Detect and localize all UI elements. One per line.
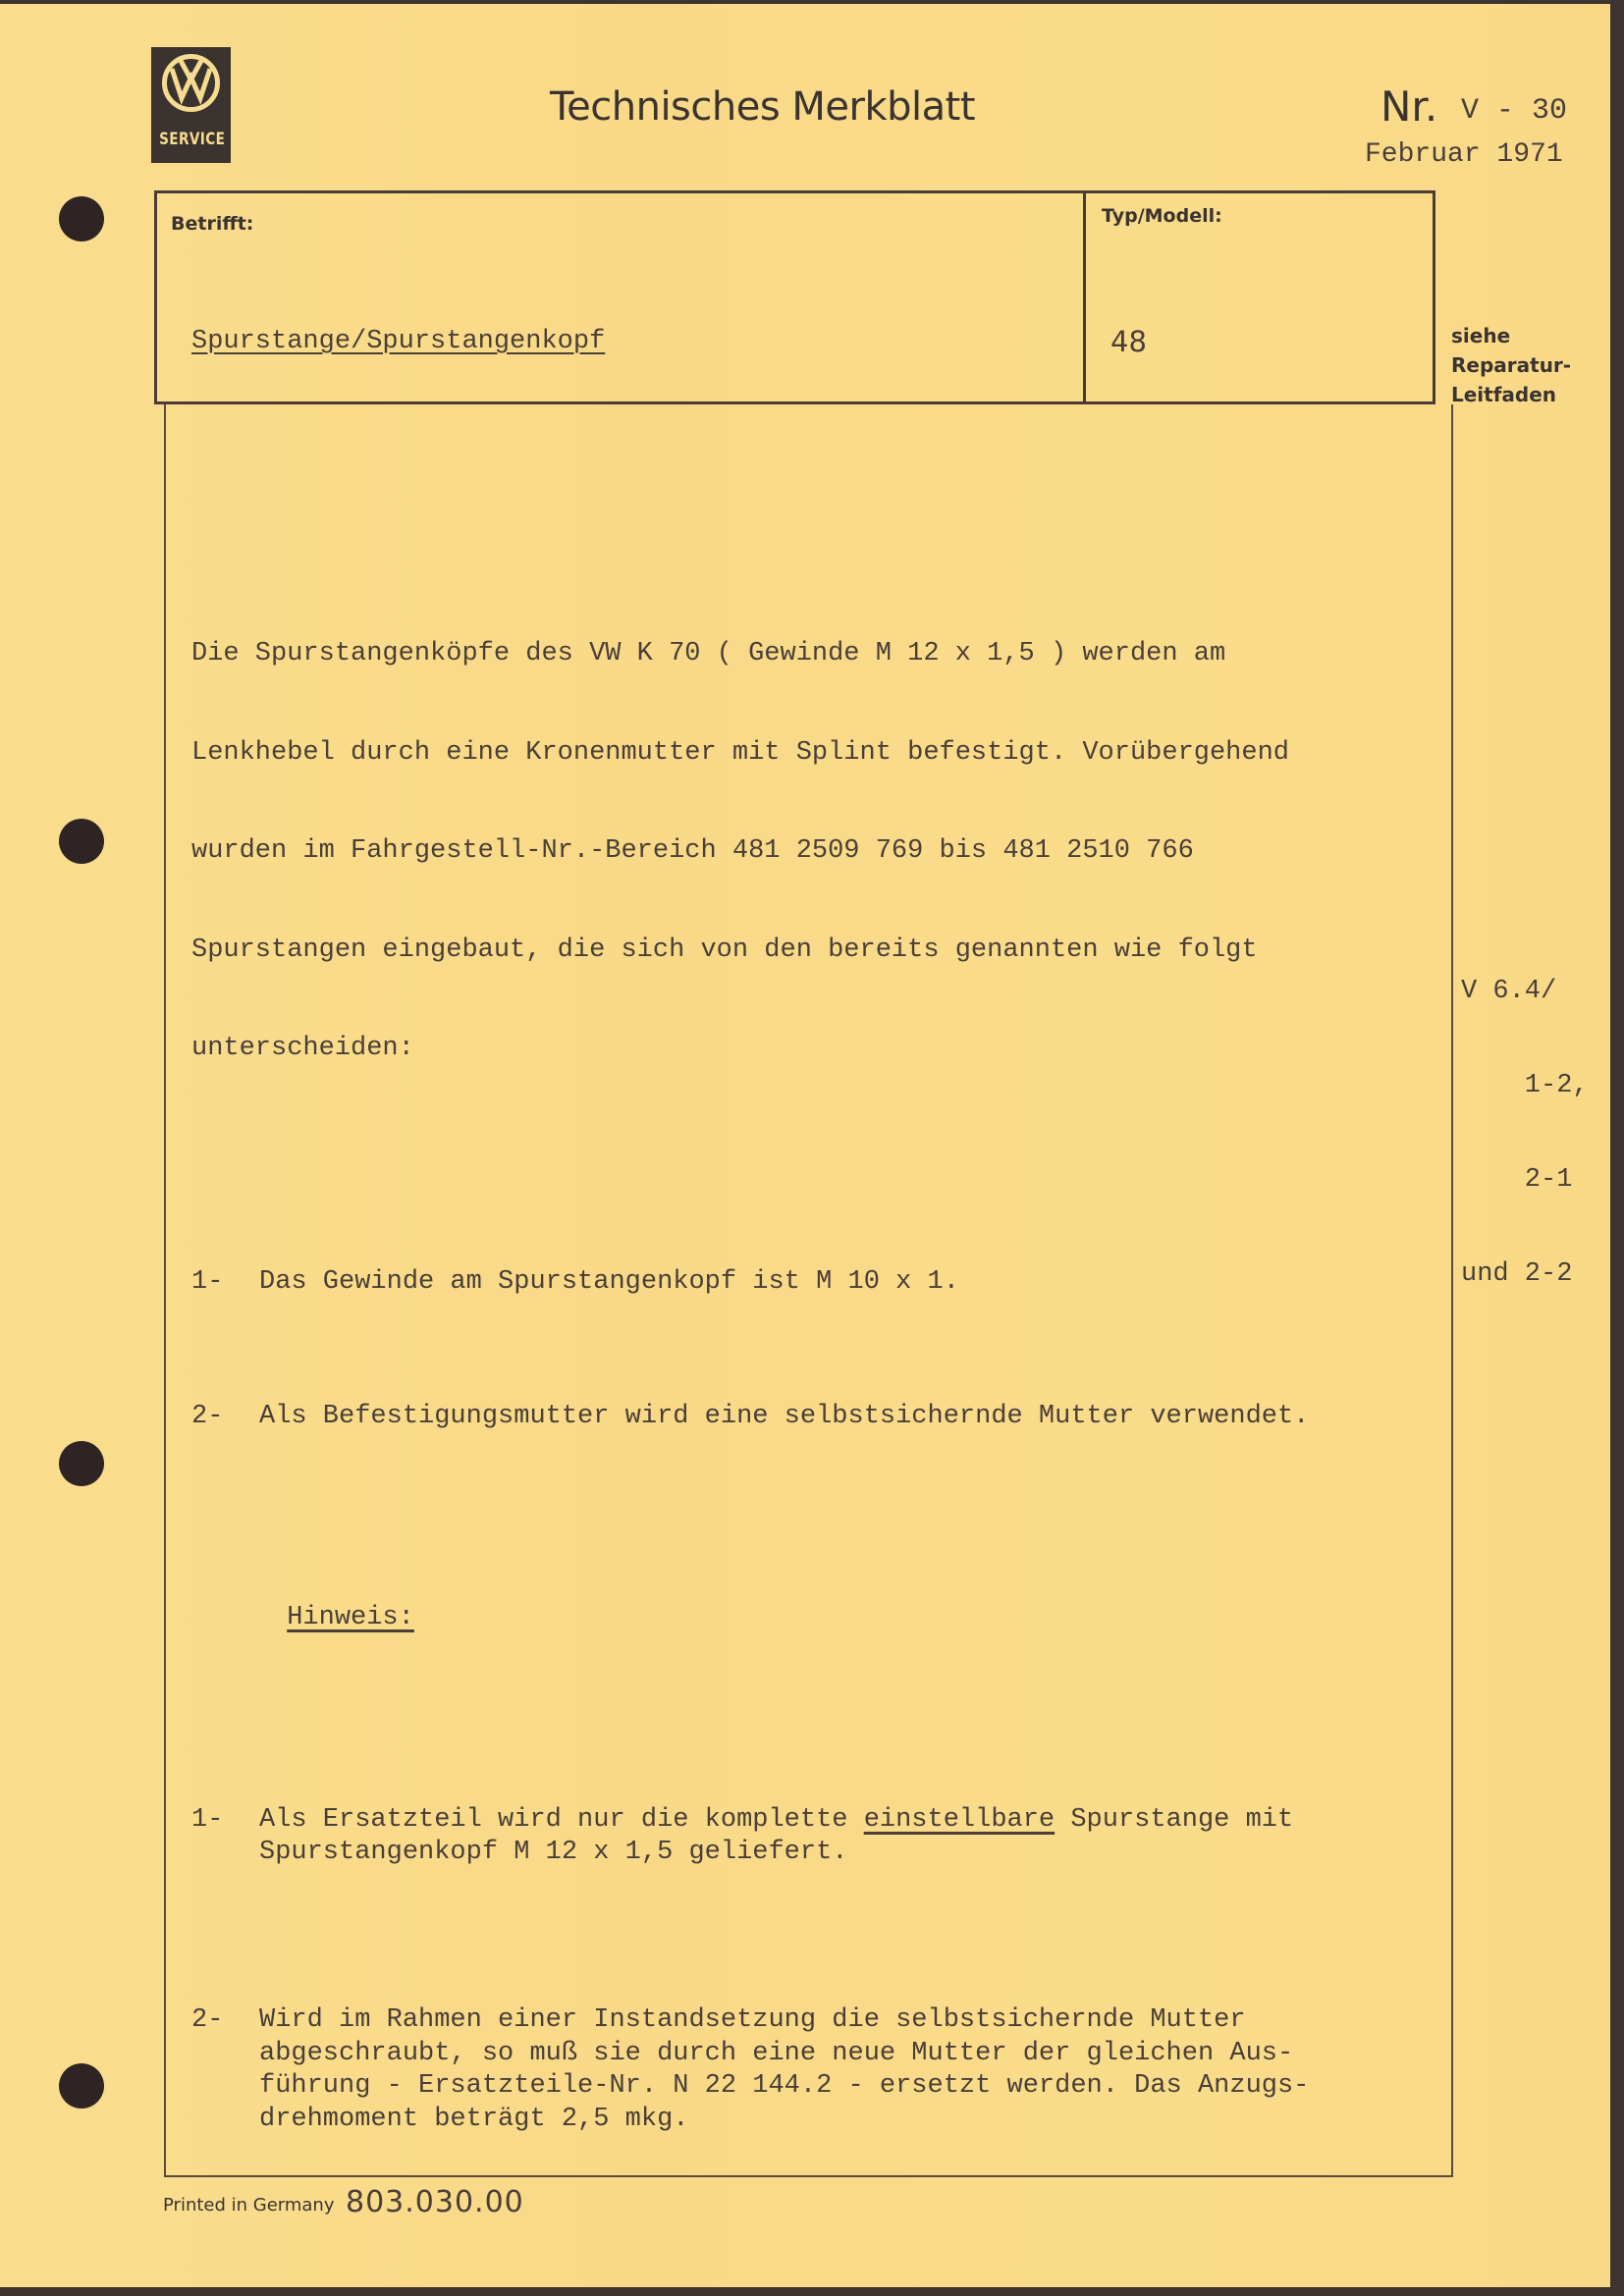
text-line: unterscheiden: — [191, 1033, 1419, 1066]
vw-emblem-icon — [161, 53, 221, 113]
item-text: Als Ersatzteil wird nur die komplette ei… — [259, 1804, 1293, 1870]
reference-line: V 6.4/ — [1461, 976, 1589, 1007]
vw-service-logo: SERVICE — [151, 47, 231, 163]
manual-reference: V 6.4/ 1-2, 2-1 und 2-2 — [1461, 913, 1589, 1353]
reference-line: 1-2, — [1461, 1070, 1589, 1101]
number-value: V - 30 — [1461, 94, 1567, 128]
item-number: 1- — [191, 1804, 259, 1870]
printed-in-label: Printed in Germany — [163, 2195, 335, 2216]
note-heading-row: Hinweis: — [191, 1570, 1419, 1669]
subject-label: Betrifft: — [171, 213, 253, 235]
side-note-line: siehe — [1451, 321, 1571, 350]
box-divider — [1083, 190, 1086, 404]
text-line: wurden im Fahrgestell-Nr.-Bereich 481 25… — [191, 835, 1419, 869]
text-line: Spurstangen eingebaut, die sich von den … — [191, 934, 1419, 968]
form-code: 803.030.00 — [346, 2185, 524, 2219]
note-item: 2- Wird im Rahmen einer Instandsetzung d… — [191, 2004, 1419, 2136]
body-text: Die Spurstangenköpfe des VW K 70 ( Gewin… — [191, 507, 1419, 2202]
subject-value: Spurstange/Spurstangenkopf — [191, 327, 605, 356]
item-text: Das Gewinde am Spurstangenkopf ist M 10 … — [259, 1266, 959, 1300]
model-label: Typ/Modell: — [1102, 205, 1222, 227]
document-page: SERVICE Technisches Merkblatt Nr. V - 30… — [0, 4, 1610, 2287]
item-text: Als Befestigungsmutter wird eine selbsts… — [259, 1401, 1309, 1434]
issue-date: Februar 1971 — [1365, 139, 1563, 170]
difference-item: 2- Als Befestigungsmutter wird eine selb… — [191, 1401, 1419, 1434]
number-label: Nr. — [1380, 82, 1437, 131]
punch-hole — [59, 2063, 104, 2109]
item-number: 2- — [191, 2004, 259, 2136]
reference-line: 2-1 — [1461, 1164, 1589, 1196]
document-title: Technisches Merkblatt — [550, 84, 975, 130]
emphasized-word: einstellbare — [864, 1805, 1055, 1835]
item-text: Wird im Rahmen einer Instandsetzung die … — [259, 2004, 1309, 2136]
punch-hole — [59, 1441, 104, 1486]
intro-paragraph: Die Spurstangenköpfe des VW K 70 ( Gewin… — [191, 572, 1419, 1132]
reference-line: und 2-2 — [1461, 1258, 1589, 1290]
side-note-line: Leitfaden — [1451, 380, 1571, 409]
punch-hole — [59, 196, 104, 241]
item-number: 2- — [191, 1401, 259, 1434]
note-item: 1- Als Ersatzteil wird nur die komplette… — [191, 1804, 1419, 1870]
punch-hole — [59, 819, 104, 864]
difference-item: 1- Das Gewinde am Spurstangenkopf ist M … — [191, 1266, 1419, 1300]
text-line: Lenkhebel durch eine Kronenmutter mit Sp… — [191, 737, 1419, 771]
model-value: 48 — [1110, 325, 1147, 358]
repair-manual-note: siehe Reparatur- Leitfaden — [1451, 321, 1571, 409]
note-heading: Hinweis: — [287, 1603, 414, 1632]
service-label: SERVICE — [159, 130, 223, 149]
side-note-line: Reparatur- — [1451, 350, 1571, 380]
item-number: 1- — [191, 1266, 259, 1300]
subject-box: Betrifft: Spurstange/Spurstangenkopf Typ… — [154, 190, 1435, 404]
text-line: Die Spurstangenköpfe des VW K 70 ( Gewin… — [191, 638, 1419, 671]
